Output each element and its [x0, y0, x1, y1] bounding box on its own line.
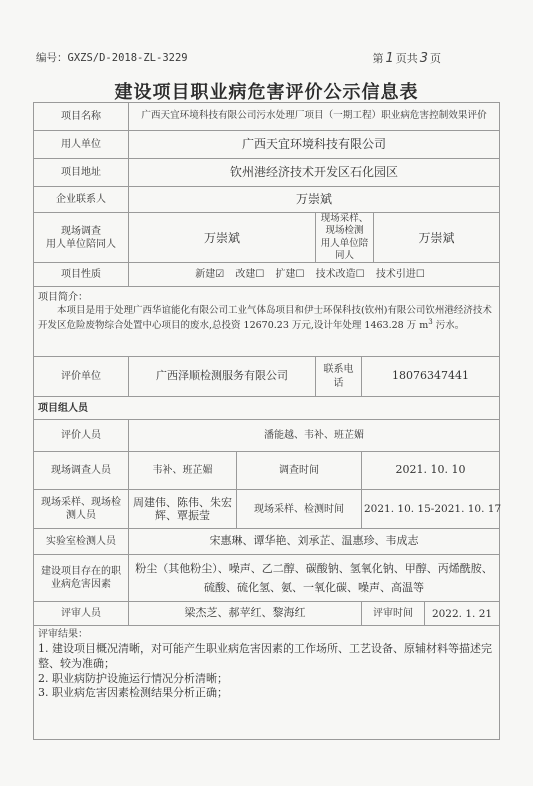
- result-item-1: 1. 建设项目概况清晰，对可能产生职业病危害因素的工作场所、工艺设备、原辅材料等…: [38, 642, 495, 672]
- phone-label: 联系电话: [316, 357, 362, 397]
- page-mid: 页共: [396, 52, 418, 65]
- page-current: 1: [383, 51, 395, 66]
- assessors-value: 潘能越、韦补、班芷媚: [129, 420, 500, 452]
- row-intro: 项目简介： 本项目是用于处理广西华谊能化有限公司工业气体岛项目和伊士环保科技(钦…: [34, 287, 500, 357]
- survey-staff-value: 韦补、班芷媚: [129, 452, 237, 490]
- page-suffix: 页: [430, 52, 441, 65]
- intro-label: 项目简介：: [38, 292, 88, 303]
- result-item-2: 2. 职业病防护设施运行情况分析清晰；: [38, 672, 495, 687]
- nature-options: 新建☑ 改建☐ 扩建☐ 技术改造☐ 技术引进☐: [129, 263, 500, 287]
- reviewers-value: 梁杰芝、郝苹红、黎海红: [129, 602, 362, 626]
- lab-staff-label: 实验室检测人员: [34, 529, 129, 555]
- address-value: 钦州港经济技术开发区石化园区: [129, 159, 500, 187]
- row-survey-staff: 现场调查人员 韦补、班芷媚 调查时间 2021. 10. 10: [34, 452, 500, 490]
- row-lab-staff: 实验室检测人员 宋惠琳、谭华艳、刘承芷、温惠珍、韦成志: [34, 529, 500, 555]
- page-total: 3: [418, 51, 430, 66]
- employer-value: 广西天宜环境科技有限公司: [129, 131, 500, 159]
- page-count: 第1页共3页: [372, 50, 441, 66]
- review-time-label: 评审时间: [362, 602, 425, 626]
- contact-value: 万崇斌: [129, 187, 500, 213]
- evaluator-value: 广西泽顺检测服务有限公司: [129, 357, 316, 397]
- survey-staff-label: 现场调查人员: [34, 452, 129, 490]
- option-expand[interactable]: 扩建☐: [276, 269, 305, 280]
- survey-time-value: 2021. 10. 10: [362, 452, 500, 490]
- sampling-escort-label: 现场采样、现场检测 用人单位陪同人: [316, 213, 374, 263]
- hazards-label: 建设项目存在的职业病危害因素: [34, 555, 129, 602]
- sampling-staff-value: 周建伟、陈伟、朱宏辉、覃振莹: [129, 490, 237, 529]
- reviewers-label: 评审人员: [34, 602, 129, 626]
- document-number-value: GXZS/D-2018-ZL-3229: [68, 52, 188, 64]
- row-nature: 项目性质 新建☑ 改建☐ 扩建☐ 技术改造☐ 技术引进☐: [34, 263, 500, 287]
- checkbox-checked-icon: ☑: [215, 269, 224, 280]
- assessors-label: 评价人员: [34, 420, 129, 452]
- row-assessors: 评价人员 潘能越、韦补、班芷媚: [34, 420, 500, 452]
- review-time-value: 2022. 1. 21: [425, 602, 500, 626]
- sampling-escort-value: 万崇斌: [374, 213, 500, 263]
- row-hazards: 建设项目存在的职业病危害因素 粉尘（其他粉尘）、噪声、乙二醇、碳酸钠、氢氧化钠、…: [34, 555, 500, 602]
- review-results: 评审结果： 1. 建设项目概况清晰，对可能产生职业病危害因素的工作场所、工艺设备…: [34, 626, 500, 740]
- checkbox-empty-icon: ☐: [356, 269, 365, 280]
- checkbox-empty-icon: ☐: [255, 269, 264, 280]
- project-name-label: 项目名称: [34, 103, 129, 131]
- sampling-time-value: 2021. 10. 15-2021. 10. 17: [362, 490, 500, 529]
- result-item-3: 3. 职业病危害因素检测结果分析正确；: [38, 686, 495, 701]
- option-tech-import[interactable]: 技术引进☐: [376, 269, 425, 280]
- sampling-staff-label: 现场采样、现场检测人员: [34, 490, 129, 529]
- phone-value: 18076347441: [362, 357, 500, 397]
- lab-staff-value: 宋惠琳、谭华艳、刘承芷、温惠珍、韦成志: [129, 529, 500, 555]
- option-new-build[interactable]: 新建☑: [195, 269, 224, 280]
- team-header: 项目组人员: [34, 397, 500, 420]
- address-label: 项目地址: [34, 159, 129, 187]
- row-address: 项目地址 钦州港经济技术开发区石化园区: [34, 159, 500, 187]
- hazards-value: 粉尘（其他粉尘）、噪声、乙二醇、碳酸钠、氢氧化钠、甲醇、丙烯酰胺、硫酸、硫化氢、…: [129, 555, 500, 602]
- project-intro: 项目简介： 本项目是用于处理广西华谊能化有限公司工业气体岛项目和伊士环保科技(钦…: [34, 287, 500, 357]
- option-tech-upgrade[interactable]: 技术改造☐: [316, 269, 365, 280]
- row-sampling-staff: 现场采样、现场检测人员 周建伟、陈伟、朱宏辉、覃振莹 现场采样、检测时间 202…: [34, 490, 500, 529]
- evaluator-label: 评价单位: [34, 357, 129, 397]
- nature-label: 项目性质: [34, 263, 129, 287]
- row-project-name: 项目名称 广西天宜环境科技有限公司污水处理厂项目（一期工程）职业病危害控制效果评…: [34, 103, 500, 131]
- results-label: 评审结果：: [38, 628, 495, 642]
- page-header: 编号：GXZS/D-2018-ZL-3229 第1页共3页: [36, 50, 497, 70]
- contact-label: 企业联系人: [34, 187, 129, 213]
- info-table: 项目名称 广西天宜环境科技有限公司污水处理厂项目（一期工程）职业病危害控制效果评…: [33, 102, 500, 740]
- document-number: 编号：GXZS/D-2018-ZL-3229: [36, 50, 188, 65]
- row-contact: 企业联系人 万崇斌: [34, 187, 500, 213]
- row-employer: 用人单位 广西天宜环境科技有限公司: [34, 131, 500, 159]
- row-results: 评审结果： 1. 建设项目概况清晰，对可能产生职业病危害因素的工作场所、工艺设备…: [34, 626, 500, 740]
- checkbox-empty-icon: ☐: [416, 269, 425, 280]
- intro-text: 本项目是用于处理广西华谊能化有限公司工业气体岛项目和伊士环保科技(钦州)有限公司…: [38, 305, 495, 333]
- project-name-value: 广西天宜环境科技有限公司污水处理厂项目（一期工程）职业病危害控制效果评价: [129, 103, 500, 131]
- option-rebuild[interactable]: 改建☐: [235, 269, 264, 280]
- document-title: 建设项目职业病危害评价公示信息表: [0, 78, 533, 104]
- document-number-label: 编号：: [36, 52, 68, 64]
- page-prefix: 第: [372, 52, 383, 65]
- row-evaluator: 评价单位 广西泽顺检测服务有限公司 联系电话 18076347441: [34, 357, 500, 397]
- survey-escort-label: 现场调查 用人单位陪同人: [34, 213, 129, 263]
- row-team-header: 项目组人员: [34, 397, 500, 420]
- survey-escort-value: 万崇斌: [129, 213, 316, 263]
- row-reviewers: 评审人员 梁杰芝、郝苹红、黎海红 评审时间 2022. 1. 21: [34, 602, 500, 626]
- row-survey-escort: 现场调查 用人单位陪同人 万崇斌 现场采样、现场检测 用人单位陪同人 万崇斌: [34, 213, 500, 263]
- checkbox-empty-icon: ☐: [296, 269, 305, 280]
- sampling-time-label: 现场采样、检测时间: [237, 490, 362, 529]
- employer-label: 用人单位: [34, 131, 129, 159]
- survey-time-label: 调查时间: [237, 452, 362, 490]
